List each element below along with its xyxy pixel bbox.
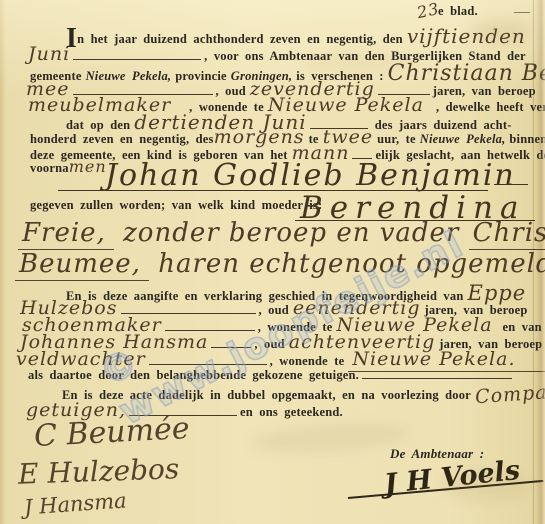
p1-line9: voornamen bbox=[30, 157, 107, 177]
filler-line bbox=[73, 55, 201, 60]
p2-line8-t1: en ons geteekend. bbox=[240, 405, 343, 419]
child-name-handwritten: Johan Godlieb Benjamin bbox=[105, 158, 516, 193]
signature-witness1: E Hulzebos bbox=[17, 452, 179, 491]
signature-declarant: C Beumée bbox=[33, 411, 190, 454]
closing-rule bbox=[362, 374, 512, 379]
corner-dash-mark bbox=[514, 12, 530, 13]
p1-line11: gegeven zullen worden; van welk kind moe… bbox=[30, 196, 322, 214]
father-last-name-handwritten: Beumee, bbox=[15, 249, 149, 281]
filler-line bbox=[149, 360, 267, 365]
p1-line13: Beumee, haren echtgenoot opgemeld. — bbox=[15, 249, 545, 279]
p2-line6-t1: als daartoe door den belanghebbende geko… bbox=[28, 368, 359, 382]
bleed-through-smudge bbox=[249, 419, 410, 456]
father-first-name-handwritten: Christiaan bbox=[469, 218, 545, 250]
p1-line12: Freie, zonder beroep en vader Christiaan bbox=[18, 218, 545, 248]
sheet-suffix-printed: e blad. bbox=[438, 4, 478, 19]
handwritten-line13-text: haren echtgenoot opgemeld. — bbox=[158, 249, 545, 279]
mother-last-name-handwritten: Freie, bbox=[18, 218, 114, 250]
birth-certificate-document: 23 e blad. In het jaar duizend achthonde… bbox=[0, 0, 545, 524]
comparant-handwritten: Comparant, bbox=[474, 378, 545, 409]
p1-line9-t1: voorna bbox=[30, 161, 69, 175]
signature-witness2: J Hansma bbox=[23, 488, 127, 519]
handwritten-line12-text: zonder beroep en vader bbox=[123, 218, 459, 248]
p1-line11-t1: gegeven zullen worden; van welk kind moe… bbox=[30, 198, 322, 212]
handwritten-voornamen-suffix: men bbox=[69, 157, 107, 176]
